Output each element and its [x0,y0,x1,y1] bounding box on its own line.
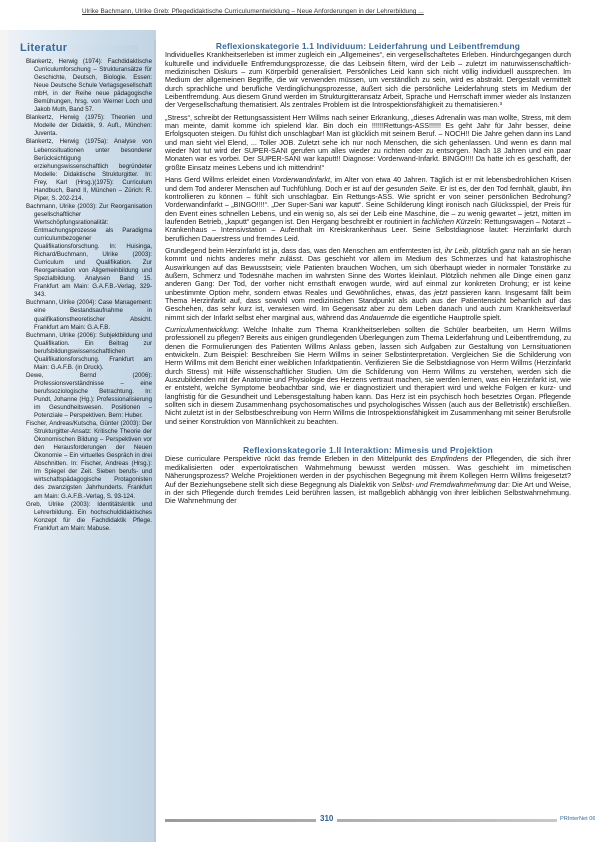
emphasis: Empfindens [430,455,468,463]
reference-list: Blankertz, Herwig (1974): Fachdidaktisch… [26,58,152,533]
reference-item: Greb, Ulrike (2003): Identitätskritik un… [26,501,152,533]
main-column: Reflexionskategorie 1.1 Individuum: Leid… [165,42,571,510]
page-margin [0,30,8,842]
text: Hans Gerd Willms erleidet einen [165,176,272,184]
text: Grundlegend beim Herzinfarkt ist ja, das… [165,247,445,255]
running-head: Ulrike Bachmann, Ulrike Greb: Pflegedida… [82,8,592,15]
reference-item: Blankertz, Herwig (1974): Fachdidaktisch… [26,58,152,114]
section-heading: Reflexionskategorie 1.II Interaktion: Mi… [165,446,571,454]
emphasis: jetzt [434,289,447,297]
sidebar-title: Literatur [20,42,67,54]
quote-paragraph: „Stress“, schreibt der Rettungsassistent… [165,114,571,172]
text: die eigentliche Hauptrolle spielt. [399,314,502,322]
emphasis: fachlichen Kürzeln [422,218,480,226]
text: Diese curriculare Perspektive rückt das … [165,455,430,463]
sidebar-title-bar [58,45,138,53]
paragraph: Curriculumentwicklung: Welche Inhalte zu… [165,326,571,426]
page-number: 310 [316,814,337,823]
footer-rule [165,819,557,822]
section-heading: Reflexionskategorie 1.1 Individuum: Leid… [165,42,571,50]
text: : Welche Inhalte zum Thema Krankheitserl… [165,326,571,426]
emphasis: Curriculumentwicklung [165,326,237,334]
emphasis: Selbst- und Fremdwahrnehmung [392,481,496,489]
reference-item: Blankertz, Herwig (1975a): Analyse von L… [26,138,152,202]
emphasis: ihr Leib [445,247,469,255]
journal-name: PRInterNet 06/08 [560,816,595,822]
paragraph: Grundlegend beim Herzinfarkt ist ja, das… [165,247,571,322]
reference-item: Bachmann, Ulrike (2003): Zur Reorganisat… [26,203,152,300]
page-footer: 310 PRInterNet 06/08 [165,815,595,827]
paragraph: Hans Gerd Willms erleidet einen Vorderwa… [165,176,571,243]
emphasis: gesunden Seite [386,185,436,193]
reference-item: Blankertz, Herwig (1975): Theorien und M… [26,114,152,138]
reference-item: Fischer, Andreas/Kutscha, Günter (2003):… [26,420,152,500]
reference-item: Buchmann, Ulrike (2006): Subjektbildung … [26,332,152,372]
reference-item: Dewe, Bernd (2006): Professionsverständn… [26,372,152,420]
emphasis: Vorderwandinfarkt [272,176,330,184]
sidebar-divider [154,40,156,842]
reference-item: Buchmann, Ulrike (2004): Case Management… [26,299,152,331]
paragraph: Diese curriculare Perspektive rückt das … [165,455,571,505]
emphasis: Andauernde [360,314,399,322]
paragraph: Individuelles Krankheitserleben ist imme… [165,51,571,109]
